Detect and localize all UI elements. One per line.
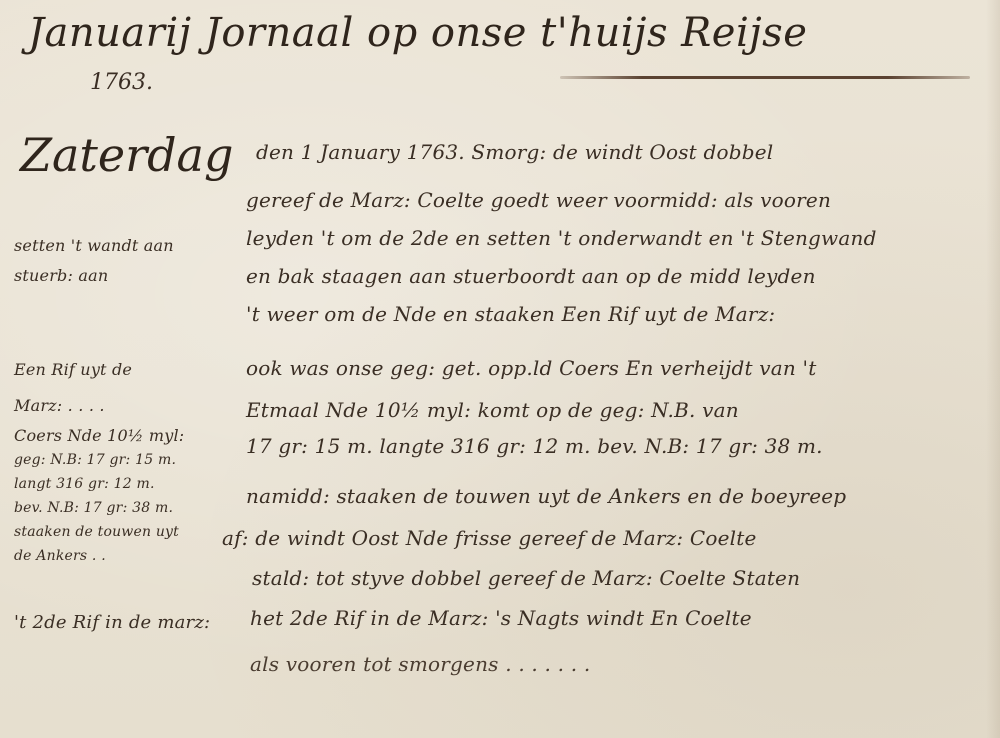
body-line: af: de windt Oost Nde frisse gereef de M… — [222, 526, 757, 550]
margin-note: setten 't wandt aan — [14, 236, 174, 255]
margin-note: langt 316 gr: 12 m. — [14, 476, 155, 492]
margin-note: 't 2de Rif in de marz: — [14, 612, 210, 633]
body-line: stald: tot styve dobbel gereef de Marz: … — [252, 566, 800, 590]
journal-page: Januarij Jornaal op onse t'huijs Reijse … — [0, 0, 1000, 738]
margin-note: Marz: . . . . — [14, 396, 105, 415]
journal-year: 1763. — [90, 70, 153, 95]
journal-title: Januarij Jornaal op onse t'huijs Reijse — [28, 10, 807, 56]
body-line: en bak staagen aan stuerboordt aan op de… — [246, 264, 816, 288]
body-line: gereef de Marz: Coelte goedt weer voormi… — [246, 188, 831, 212]
body-line: 17 gr: 15 m. langte 316 gr: 12 m. bev. N… — [246, 434, 823, 458]
title-underline — [560, 76, 970, 79]
margin-note: de Ankers . . — [14, 548, 106, 564]
body-line: den 1 January 1763. Smorg: de windt Oost… — [256, 140, 773, 164]
margin-note: geg: N.B: 17 gr: 15 m. — [14, 452, 176, 468]
margin-note: stuerb: aan — [14, 266, 108, 285]
page-edge-shadow — [986, 0, 1000, 738]
body-line: Etmaal Nde 10½ myl: komt op de geg: N.B.… — [246, 398, 739, 422]
body-line: als vooren tot smorgens . . . . . . . — [250, 652, 590, 676]
body-line: leyden 't om de 2de en setten 't onderwa… — [246, 226, 877, 250]
body-line: namidd: staaken de touwen uyt de Ankers … — [246, 484, 846, 508]
margin-note: Een Rif uyt de — [14, 360, 132, 379]
body-line: 't weer om de Nde en staaken Een Rif uyt… — [246, 302, 775, 326]
body-line: ook was onse geg: get. opp.ld Coers En v… — [246, 356, 817, 380]
margin-note: Coers Nde 10½ myl: — [14, 426, 184, 445]
day-heading: Zaterdag — [20, 128, 233, 182]
margin-note: staaken de touwen uyt — [14, 524, 179, 540]
body-line: het 2de Rif in de Marz: 's Nagts windt E… — [250, 606, 752, 630]
margin-note: bev. N.B: 17 gr: 38 m. — [14, 500, 173, 516]
